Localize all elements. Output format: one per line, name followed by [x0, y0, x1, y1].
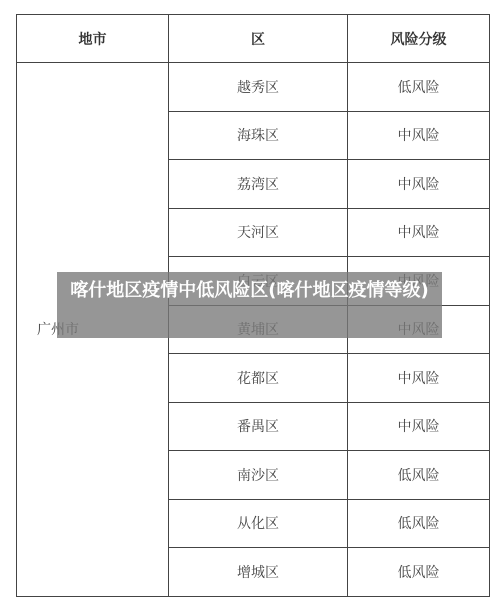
district-cell: 花都区 — [169, 354, 348, 403]
risk-cell: 低风险 — [348, 63, 490, 112]
caption-text: 喀什地区疫情中低风险区(喀什地区疫情等级) — [70, 280, 428, 301]
risk-cell: 中风险 — [348, 354, 490, 403]
table-row: 广州市 越秀区 低风险 — [17, 63, 490, 112]
risk-cell: 低风险 — [348, 451, 490, 500]
district-cell: 增城区 — [169, 548, 348, 597]
district-cell: 海珠区 — [169, 111, 348, 160]
district-cell: 越秀区 — [169, 63, 348, 112]
table-header-row: 地市 区 风险分级 — [17, 15, 490, 63]
risk-cell: 中风险 — [348, 402, 490, 451]
district-cell: 天河区 — [169, 208, 348, 257]
district-cell: 荔湾区 — [169, 160, 348, 209]
risk-cell: 中风险 — [348, 111, 490, 160]
header-risk-level: 风险分级 — [348, 15, 490, 63]
district-cell: 番禺区 — [169, 402, 348, 451]
caption-overlay: 喀什地区疫情中低风险区(喀什地区疫情等级) — [57, 272, 442, 338]
district-cell: 南沙区 — [169, 451, 348, 500]
risk-cell: 中风险 — [348, 208, 490, 257]
district-cell: 从化区 — [169, 499, 348, 548]
header-city: 地市 — [17, 15, 169, 63]
risk-cell: 低风险 — [348, 548, 490, 597]
header-district: 区 — [169, 15, 348, 63]
risk-cell: 低风险 — [348, 499, 490, 548]
risk-cell: 中风险 — [348, 160, 490, 209]
